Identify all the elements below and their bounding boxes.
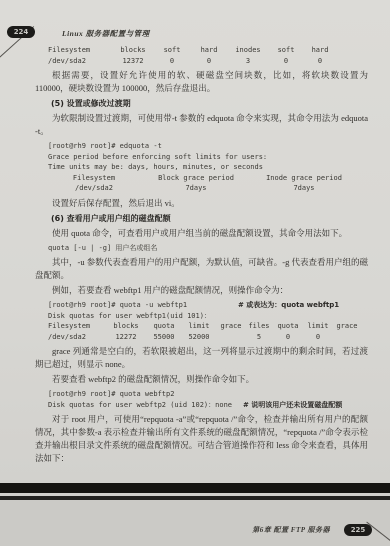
cell: 0: [304, 56, 336, 67]
cell: 3: [228, 56, 268, 67]
terminal-prompt-line: [root@rh9 root]# quota -u webftp1 # 或表达为…: [48, 300, 368, 311]
col-header: inodes: [228, 45, 268, 56]
cell: 52000: [182, 332, 216, 343]
heading-step5: (5) 设置或修改过渡期: [35, 97, 368, 110]
cell: /dev/sda2: [48, 56, 112, 67]
terminal-output-quota-webftp2: [root@rh9 root]# quota webftp2 Disk quot…: [48, 389, 368, 410]
terminal-line: quota [-u | -g] 用户名或组名: [48, 243, 368, 254]
cell: [216, 332, 246, 343]
command-usage-line: quota [-u | -g] 用户名或组名: [48, 243, 368, 254]
heading-step6: (6) 查看用户或用户组的磁盘配额: [35, 212, 368, 225]
col-header: limit: [304, 321, 332, 332]
cell: 0: [304, 332, 332, 343]
page-number-tab-right: 225: [344, 524, 372, 536]
page-number-tab-left: 224: [7, 26, 35, 38]
next-page-edge-area: [0, 500, 390, 546]
table-row: /dev/sda2 7days 7days: [48, 183, 368, 194]
cell: 5: [246, 332, 272, 343]
col-header: Filesystem: [48, 45, 112, 56]
col-header: quota: [272, 321, 304, 332]
paragraph-params: 其中，-u 参数代表查看用户的用户配额，为默认值，可缺省。-g 代表查看用户组的…: [35, 256, 368, 282]
cell: 12372: [112, 56, 154, 67]
terminal-output-text: Disk quotas for user webftp2 (uid 102)：n…: [48, 401, 232, 409]
paragraph-example1: 例如，若要查看 webftp1 用户的磁盘配额情况，则操作命令为：: [35, 284, 368, 297]
page-content: Filesystem blocks soft hard inodes soft …: [35, 42, 368, 467]
col-header: quota: [146, 321, 182, 332]
table-row: /dev/sda2 12272 55000 52000 5 0 0: [48, 332, 368, 343]
col-header: grace: [332, 321, 362, 332]
cell: 0: [268, 56, 304, 67]
cell: /dev/sda2: [48, 183, 140, 194]
terminal-line: Disk quotas for user webftp2 (uid 102)：n…: [48, 400, 368, 411]
col-header: soft: [154, 45, 190, 56]
col-header: soft: [268, 45, 304, 56]
col-header: Filesystem: [48, 173, 140, 184]
terminal-output-edquota: [root@rh9 root]# edquota -t Grace period…: [48, 141, 368, 194]
paragraph-example2: 若要查看 webftp2 的磁盘配额情况，则操作命令如下。: [35, 373, 368, 386]
paragraph-intro: 根据需要，设置好允许使用的软、硬磁盘空间块数，比如，将软块数设置为 110000…: [35, 69, 368, 95]
col-header: blocks: [106, 321, 146, 332]
paragraph-save: 设置好后保存配置，然后退出 vi。: [35, 197, 368, 210]
inline-comment: # 说明该用户还未设置磁盘配额: [243, 400, 342, 411]
terminal-prompt-line: [root@rh9 root]# edquota -t: [48, 141, 368, 152]
cell: 7days: [140, 183, 252, 194]
terminal-line: Disk quotas for user webftp1(uid 101)：: [48, 311, 368, 322]
chapter-title: 第6章 配置 FTP 服务器: [252, 525, 330, 535]
cell: 55000: [146, 332, 182, 343]
cell: 0: [272, 332, 304, 343]
paragraph-grace: grace 列通常是空白的，若软限被超出，这一列将显示过渡期中的剩余时间，若过渡…: [35, 345, 368, 371]
table-row: /dev/sda2 12372 0 0 3 0 0: [48, 56, 368, 67]
page-footer: 第6章 配置 FTP 服务器 225: [252, 524, 372, 536]
quota-edit-output-table: Filesystem blocks soft hard inodes soft …: [48, 45, 368, 66]
cell: 7days: [252, 183, 356, 194]
scanned-book-page: 224 Linux 服务器配置与管理 Filesystem blocks sof…: [0, 0, 390, 546]
col-header: limit: [182, 321, 216, 332]
table-header-row: Filesystem Block grace period Inode grac…: [48, 173, 368, 184]
cell: 0: [154, 56, 190, 67]
col-header: Inode grace period: [252, 173, 356, 184]
cell: /dev/sda2: [48, 332, 106, 343]
inline-comment: # 或表达为：quota webftp1: [238, 300, 339, 311]
paragraph-root-repquota: 对于 root 用户，可使用“repquota -a”或“repquota /”…: [35, 413, 368, 465]
col-header: hard: [304, 45, 336, 56]
paragraph-step5: 为软限制设置过渡期，可使用带-t 参数的 edquota 命令来实现，其命令用法…: [35, 112, 368, 138]
col-header: files: [246, 321, 272, 332]
terminal-command: [root@rh9 root]# quota -u webftp1: [48, 301, 187, 309]
col-header: hard: [190, 45, 228, 56]
scan-edge-band-thin: [0, 496, 390, 500]
terminal-line: Time units may be: days, hours, minutes,…: [48, 162, 368, 173]
table-header-row: Filesystem blocks quota limit grace file…: [48, 321, 368, 332]
paragraph-step6: 使用 quota 命令，可查看用户或用户组当前的磁盘配额设置，其命令用法如下。: [35, 227, 368, 240]
terminal-prompt-line: [root@rh9 root]# quota webftp2: [48, 389, 368, 400]
terminal-line: Grace period before enforcing soft limit…: [48, 152, 368, 163]
cell: 12272: [106, 332, 146, 343]
terminal-output-quota-webftp1: [root@rh9 root]# quota -u webftp1 # 或表达为…: [48, 300, 368, 342]
col-header: blocks: [112, 45, 154, 56]
col-header: Block grace period: [140, 173, 252, 184]
book-title: Linux 服务器配置与管理: [62, 28, 150, 39]
scan-edge-band: [0, 483, 390, 493]
col-header: grace: [216, 321, 246, 332]
cell: [332, 332, 362, 343]
table-header-row: Filesystem blocks soft hard inodes soft …: [48, 45, 368, 56]
col-header: Filesystem: [48, 321, 106, 332]
cell: 0: [190, 56, 228, 67]
